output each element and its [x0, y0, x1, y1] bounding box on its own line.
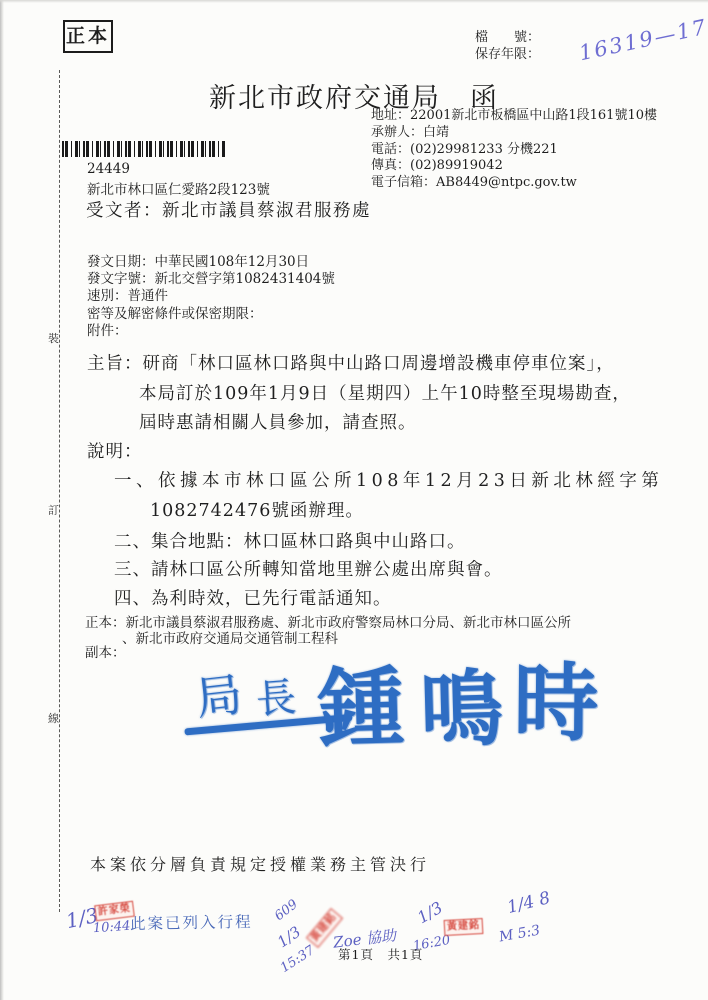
security-class: 密等及解密條件或保密期限：: [87, 306, 335, 323]
sender-contact-person: 承辦人：白靖: [371, 125, 657, 142]
explanation-item-2: 二、集合地點：林口區林口路與中山路口。: [114, 528, 466, 553]
sender-phone: 電話：(02)29981233 分機221: [371, 142, 657, 159]
scan-edge: [0, 0, 4, 1000]
subject-line-1: 主旨：研商「林口區林口路與中山路口周邊增設機車停車位案」，: [87, 350, 615, 375]
cc-label: 副本：: [85, 641, 126, 661]
explanation-item-1-line-1: 一、依據本市林口區公所108年12月23日新北林經字第: [114, 467, 663, 492]
handwritten-date-mid: 1/3: [274, 923, 304, 952]
authorization-note: 本案依分層負責規定授權業務主管決行: [90, 852, 430, 875]
issue-date: 發文日期：中華民國108年12月30日: [87, 254, 335, 271]
sender-contact-block: 地址：22001新北市板橋區中山路1段161號10樓 承辦人：白靖 電話：(02…: [371, 108, 657, 192]
explanation-label: 說明：: [87, 438, 143, 463]
explanation-item-4: 四、為利時效，已先行電話通知。: [114, 585, 392, 610]
director-signature-stamp: 局 長 鍾 鳴 時: [166, 640, 609, 776]
director-title-char: 長: [253, 665, 297, 725]
name-stamp-right: 黃建銘: [444, 918, 484, 936]
sender-address: 地址：22001新北市板橋區中山路1段161號10樓: [371, 108, 657, 125]
page-number: 第1頁 共1頁: [338, 945, 423, 963]
sender-email: 電子信箱：AB8449@ntpc.gov.tw: [371, 175, 657, 192]
subject-line-3: 屆時惠請相關人員參加，請查照。: [139, 409, 417, 434]
handwritten-note-scheduled: 此案已列入行程: [130, 910, 253, 934]
document-page: 裝 訂 線 正本 檔 號： 保存年限： 16319—17 新北市政府交通局 函 …: [0, 0, 708, 1000]
speed-class: 速別：普通件: [87, 288, 335, 305]
handwritten-file-number: 16319—17: [577, 15, 708, 66]
director-name-char: 鍾: [316, 638, 405, 764]
mail-code: 24449: [87, 161, 130, 177]
explanation-item-3: 三、請林口區公所轉知當地里辦公處出席與會。: [114, 556, 503, 581]
binding-mark-zhuang: 裝: [48, 328, 59, 348]
recipient-line: 受文者：新北市議員蔡淑君服務處: [86, 197, 371, 222]
binding-mark-ding: 訂: [48, 500, 59, 520]
handwritten-time-left: 10:44: [93, 919, 131, 937]
handwritten-date-right: 1/3: [414, 898, 446, 927]
file-number-block: 檔 號： 保存年限：: [475, 29, 540, 63]
director-name-char: 時: [513, 635, 599, 758]
director-title-char: 局: [192, 658, 245, 729]
handwritten-number-mid: 609: [272, 897, 301, 924]
handwritten-note-far-right: M 5:3: [498, 923, 541, 946]
barcode: [62, 141, 225, 157]
director-name-char: 鳴: [418, 641, 504, 763]
attachment-label: 附件：: [87, 323, 335, 340]
document-meta-block: 發文日期：中華民國108年12月30日 發文字號：新北交營字第108243140…: [87, 254, 335, 340]
scan-edge: [0, 0, 708, 3]
copy-type-box: 正本: [63, 20, 113, 53]
binding-mark-xian: 線: [48, 708, 59, 728]
handwritten-date-far-right: 1/4 8: [505, 888, 552, 918]
subject-line-2: 本局訂於109年1月9日（星期四）上午10時整至現場勘查，: [139, 380, 631, 405]
binding-dashed-line: [59, 70, 60, 912]
retention-label: 保存年限：: [475, 46, 540, 63]
issue-number: 發文字號：新北交營字第1082431404號: [87, 271, 335, 288]
sender-fax: 傳真：(02)89919042: [371, 158, 657, 175]
file-number-label: 檔 號：: [475, 29, 540, 46]
recipient-mail-address: 新北市林口區仁愛路2段123號: [87, 178, 270, 198]
original-copy-recipients-line-2: 、新北市政府交通局交通管制工程科: [122, 627, 338, 647]
explanation-item-1-line-2: 1082742476號函辦理。: [150, 497, 364, 522]
